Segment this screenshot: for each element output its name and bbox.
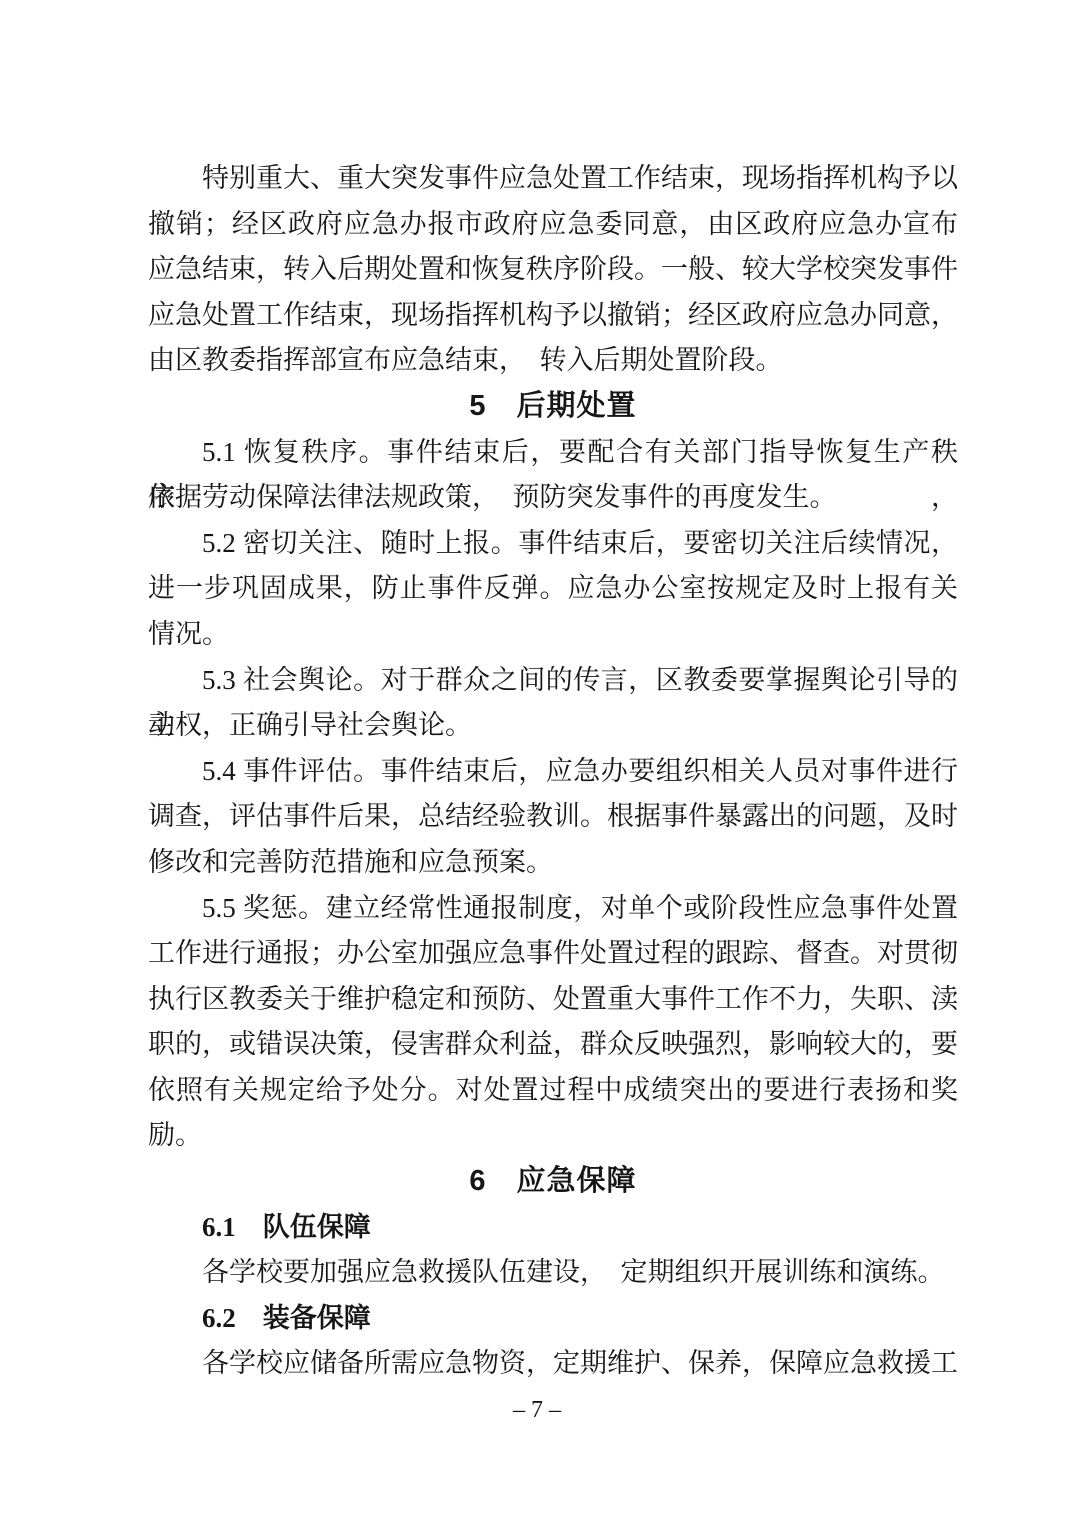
paragraph-line: 依照有关规定给予处分。对处置过程中成绩突出的要进行表扬和奖: [148, 1068, 958, 1114]
document-page: 特别重大、重大突发事件应急处置工作结束，现场指挥机构予以 撤销；经区政府应急办报…: [0, 0, 1074, 1520]
paragraph-line: 情况。: [148, 612, 958, 658]
paragraph-line: 励。: [148, 1113, 958, 1159]
section-heading-5: 5 后期处置: [148, 384, 958, 430]
paragraph-line: 工作进行通报；办公室加强应急事件处置过程的跟踪、督查。对贯彻: [148, 931, 958, 977]
section-heading-6: 6 应急保障: [148, 1159, 958, 1205]
paragraph-line: 调查，评估事件后果，总结经验教训。根据事件暴露出的问题，及时: [148, 794, 958, 840]
paragraph-line: 5.1 恢复秩序。事件结束后，要配合有关部门指导恢复生产秩序，: [148, 430, 958, 476]
paragraph-line: 职的，或错误决策，侵害群众利益，群众反映强烈，影响较大的，要: [148, 1022, 958, 1068]
paragraph-line: 进一步巩固成果，防止事件反弹。应急办公室按规定及时上报有关: [148, 566, 958, 612]
subsection-heading-6-1: 6.1 队伍保障: [148, 1205, 958, 1251]
paragraph-line: 5.4 事件评估。事件结束后，应急办要组织相关人员对事件进行: [148, 749, 958, 795]
paragraph-line: 5.3 社会舆论。对于群众之间的传言，区教委要掌握舆论引导的主: [148, 658, 958, 704]
paragraph-line: 执行区教委关于维护稳定和预防、处置重大事件工作不力，失职、渎: [148, 977, 958, 1023]
paragraph-line: 动权，正确引导社会舆论。: [148, 703, 958, 749]
paragraph-line: 应急处置工作结束，现场指挥机构予以撤销；经区政府应急办同意，: [148, 293, 958, 339]
paragraph-line: 特别重大、重大突发事件应急处置工作结束，现场指挥机构予以: [148, 156, 958, 202]
paragraph-line: 由区教委指挥部宣布应急结束， 转入后期处置阶段。: [148, 338, 958, 384]
paragraph-line: 各学校要加强应急救援队伍建设， 定期组织开展训练和演练。: [148, 1250, 958, 1296]
paragraph-line: 各学校应储备所需应急物资，定期维护、保养，保障应急救援工: [148, 1341, 958, 1387]
subsection-heading-6-2: 6.2 装备保障: [148, 1296, 958, 1342]
paragraph-line: 5.2 密切关注、随时上报。事件结束后，要密切关注后续情况，: [148, 521, 958, 567]
paragraph-line: 修改和完善防范措施和应急预案。: [148, 840, 958, 886]
paragraph-line: 应急结束，转入后期处置和恢复秩序阶段。一般、较大学校突发事件: [148, 247, 958, 293]
paragraph-line: 5.5 奖惩。建立经常性通报制度，对单个或阶段性应急事件处置: [148, 886, 958, 932]
document-body: 特别重大、重大突发事件应急处置工作结束，现场指挥机构予以 撤销；经区政府应急办报…: [148, 156, 958, 1387]
page-number: – 7 –: [0, 1392, 1074, 1428]
paragraph-line: 撤销；经区政府应急办报市政府应急委同意，由区政府应急办宣布: [148, 202, 958, 248]
